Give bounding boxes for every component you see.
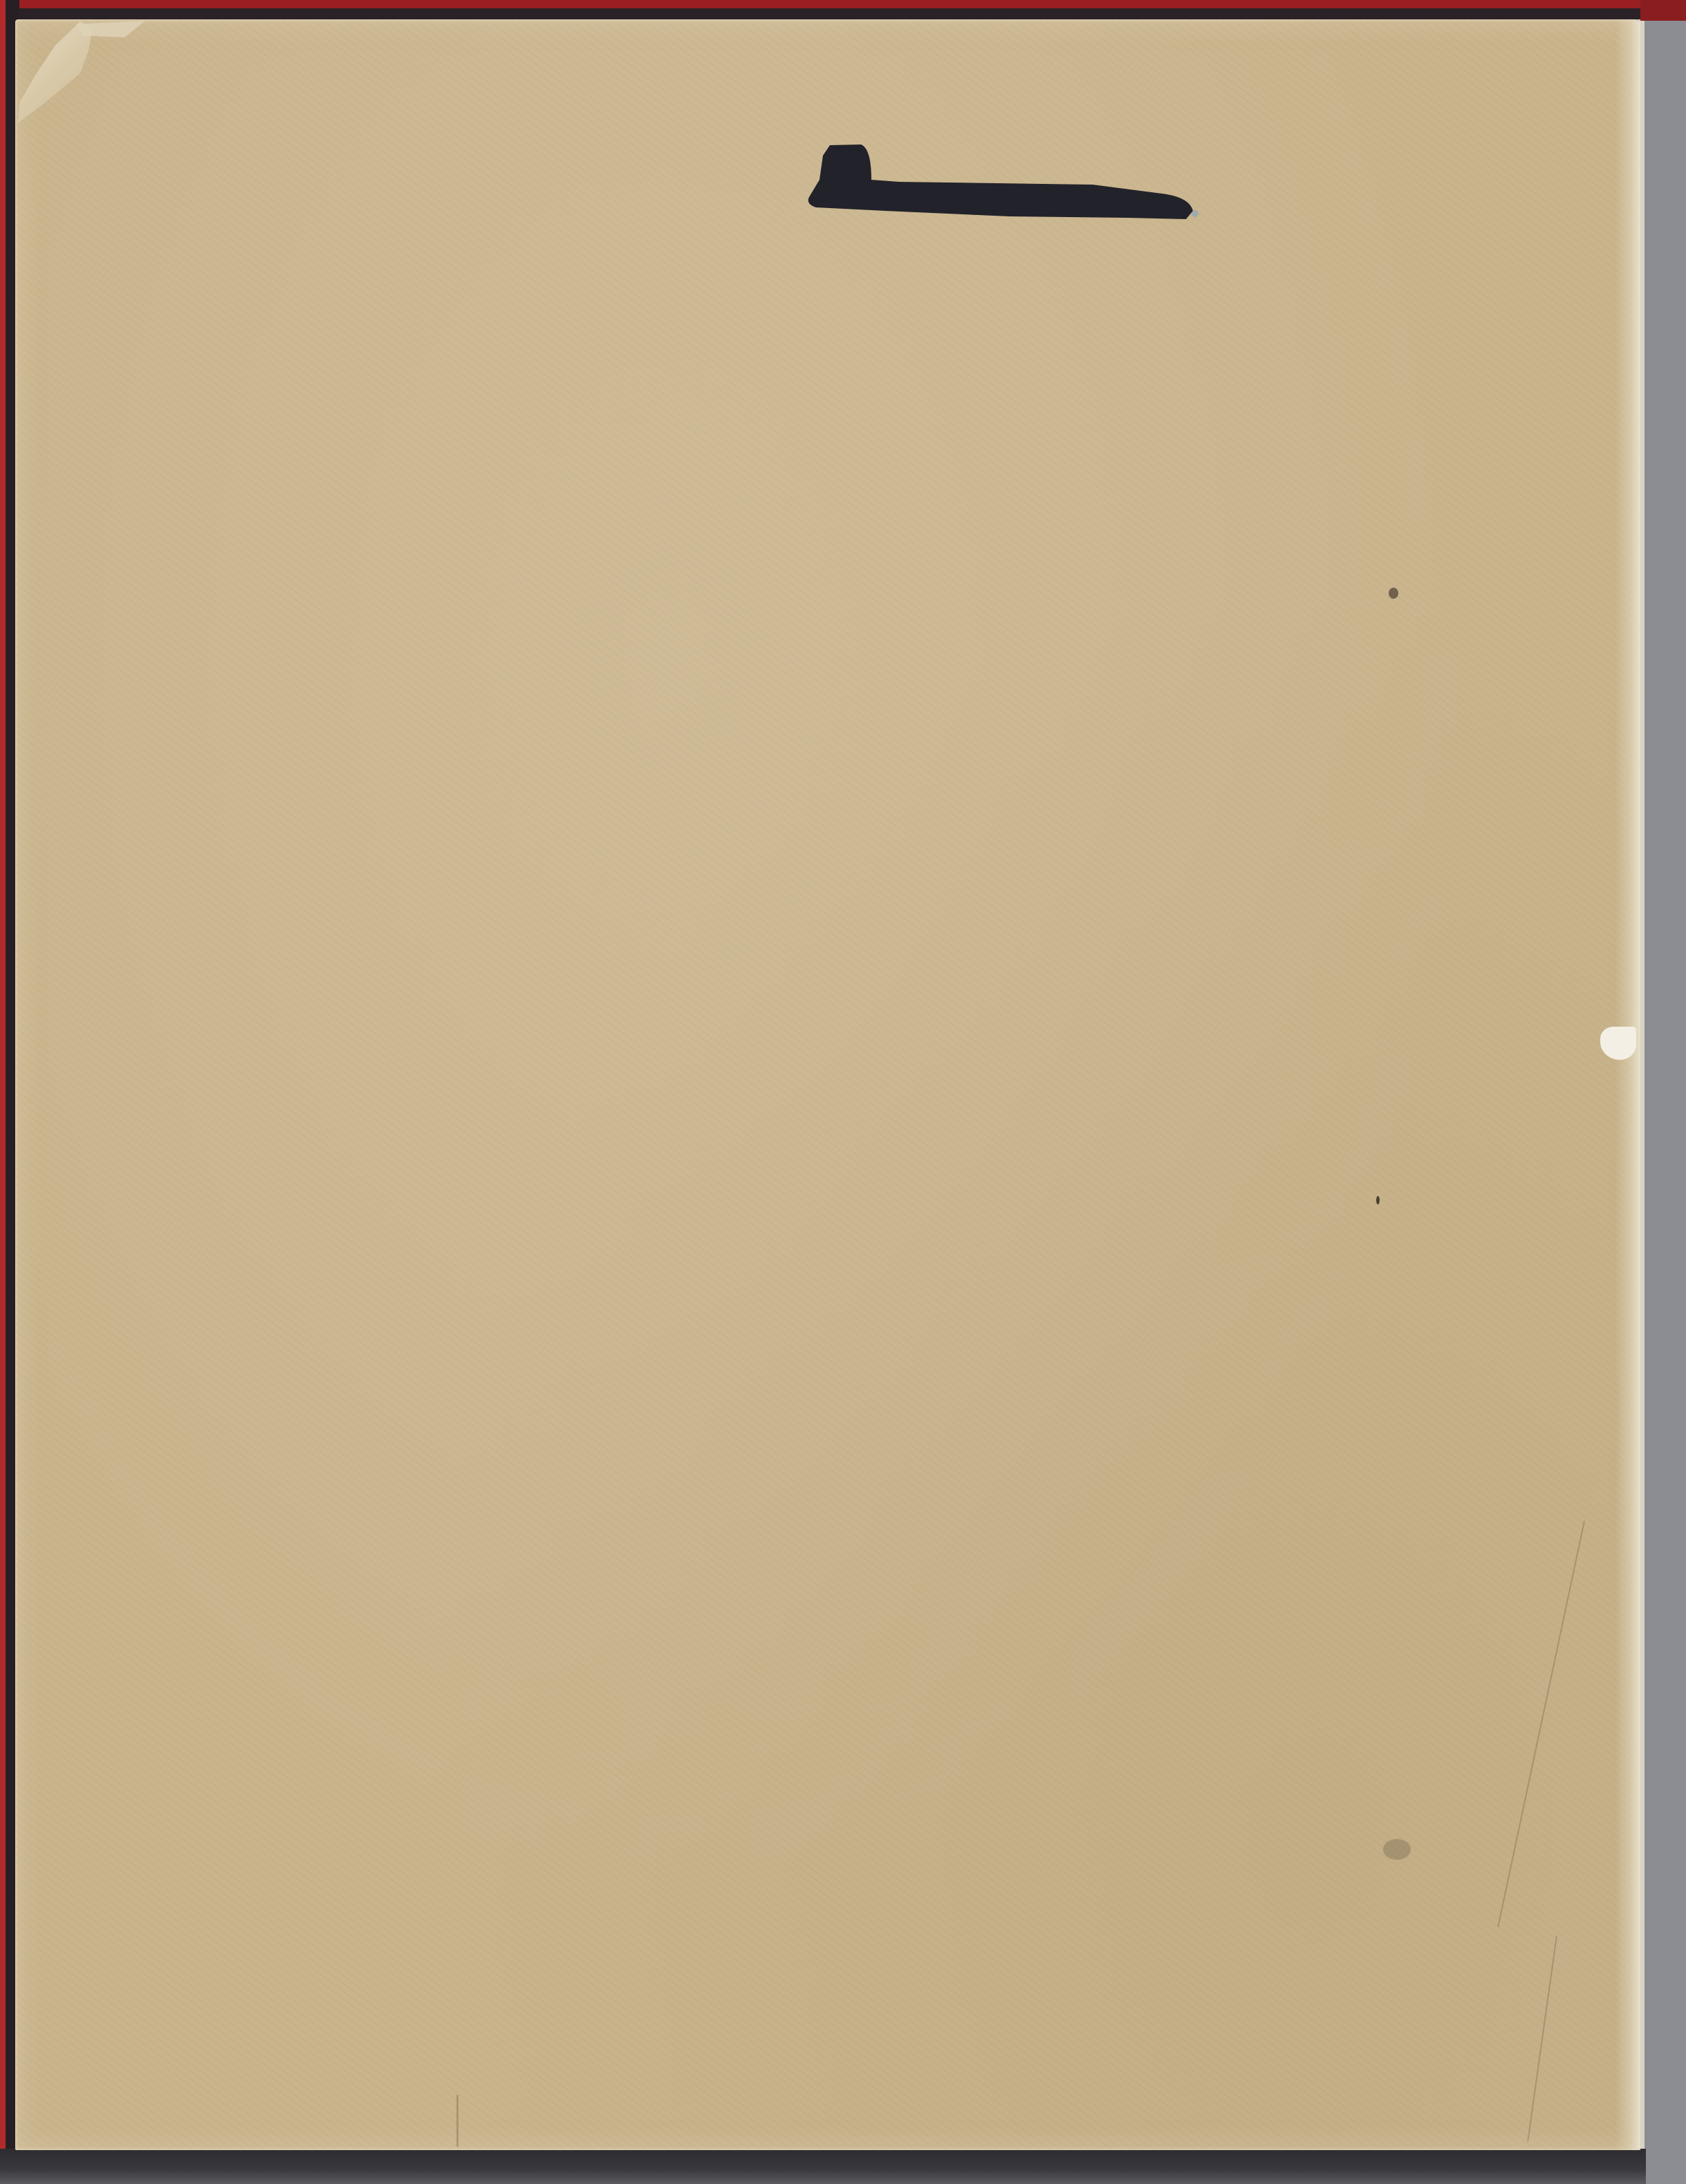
scanner-background-bottom	[0, 2149, 1646, 2184]
scanner-background-right	[1640, 0, 1686, 2184]
ink-redaction-mark	[802, 142, 1203, 228]
paper-speck	[1389, 588, 1398, 599]
red-binding-edge	[1640, 0, 1686, 21]
worn-right-edge	[1615, 19, 1640, 2150]
scan-page: { "document": { "kind": "scanned back co…	[0, 0, 1686, 2184]
paper-cover	[15, 19, 1640, 2150]
scanner-background-top	[0, 0, 1686, 21]
paper-crease	[456, 2095, 458, 2147]
paper-speck	[1376, 1196, 1380, 1204]
paper-stain	[1383, 1839, 1411, 1860]
